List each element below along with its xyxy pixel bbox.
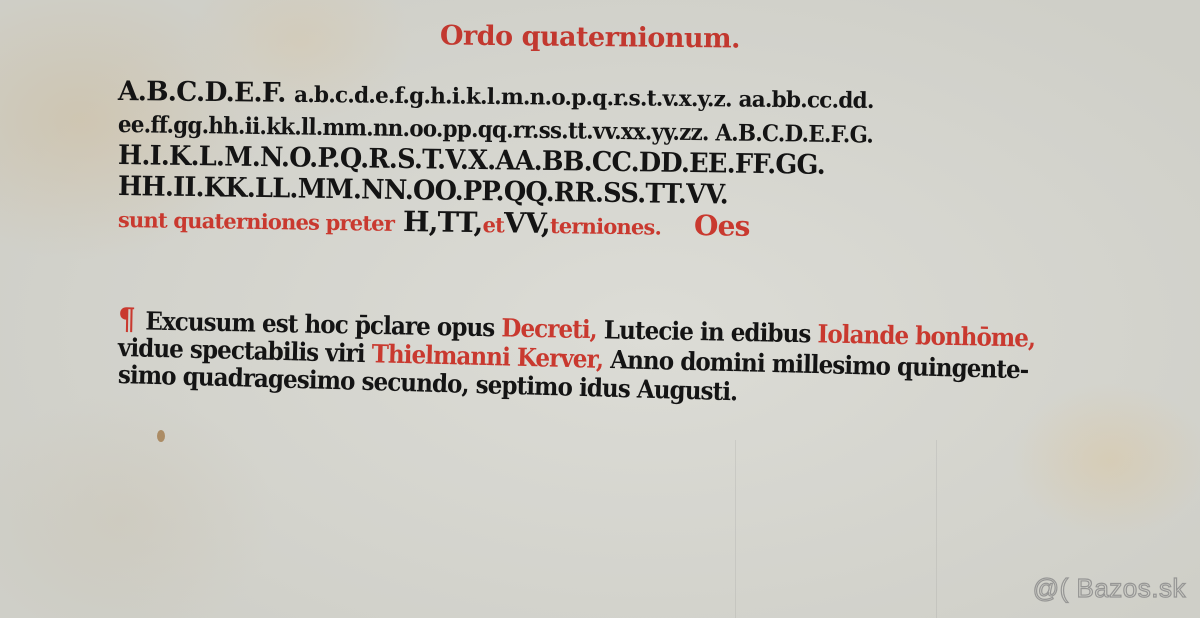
red-initial-text: Oes xyxy=(694,209,750,243)
colophon: ¶ Excusum est hoc p̄clare opus Decreti, … xyxy=(118,306,1118,388)
paper-stain xyxy=(157,430,165,442)
red-text: sunt quaterniones preter xyxy=(118,207,394,236)
quire-register: A.B.C.D.E.F. a.b.c.d.e.f.g.h.i.k.l.m.n.o… xyxy=(118,76,1138,235)
heading-ordo-quaternionum: Ordo quaternionum. xyxy=(440,20,740,54)
red-text: et xyxy=(482,212,504,237)
pilcrow-icon: ¶ xyxy=(118,302,135,337)
black-text: VV, xyxy=(504,206,550,240)
red-text: Decreti, xyxy=(501,313,597,344)
red-text: Iolande bonhōme, xyxy=(817,319,1035,352)
register-lowercase: a.b.c.d.e.f.g.h.i.k.l.m.n.o.p.q.r.s.t.v.… xyxy=(294,82,874,114)
show-through-woodcut xyxy=(735,440,937,618)
book-page: Ordo quaternionum. A.B.C.D.E.F. a.b.c.d.… xyxy=(0,0,1200,618)
black-text: Lutecie in edibus xyxy=(604,315,811,348)
bazos-watermark: @( Bazos.sk xyxy=(1033,573,1186,604)
register-capitals: A.B.C.D.E.F. xyxy=(118,76,286,109)
red-text: terniones. xyxy=(550,213,661,240)
black-text: H,TT, xyxy=(403,205,483,239)
